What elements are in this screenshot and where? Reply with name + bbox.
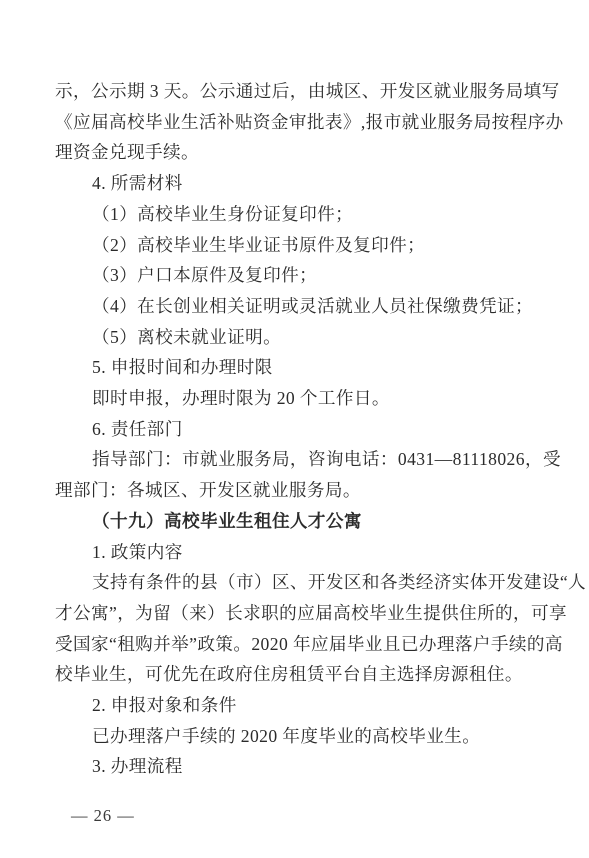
text-line: 3. 办理流程 [55,751,541,782]
text-line: 校毕业生，可优先在政府住房租赁平台自主选择房源租住。 [55,659,541,690]
page-number: — 26 — [71,806,135,825]
text-line: 指导部门：市就业服务局，咨询电话：0431—81118026，受 [55,444,541,475]
text-line: （2）高校毕业生毕业证书原件及复印件； [55,230,541,261]
text-line: 示，公示期 3 天。公示通过后，由城区、开发区就业服务局填写 [55,76,541,107]
text-line: （1）高校毕业生身份证复印件； [55,199,541,230]
text-line: 《应届高校毕业生活补贴资金审批表》,报市就业服务局按程序办 [55,107,541,138]
section-heading: （十九）高校毕业生租住人才公寓 [55,506,541,537]
text-line: 已办理落户手续的 2020 年度毕业的高校毕业生。 [55,721,541,752]
text-line: 即时申报，办理时限为 20 个工作日。 [55,383,541,414]
text-line: 受国家“租购并举”政策。2020 年应届毕业且已办理落户手续的高 [55,629,541,660]
text-line: 1. 政策内容 [55,537,541,568]
text-line: （5）离校未就业证明。 [55,322,541,353]
document-body: 示，公示期 3 天。公示通过后，由城区、开发区就业服务局填写《应届高校毕业生活补… [55,76,541,782]
document-page: 示，公示期 3 天。公示通过后，由城区、开发区就业服务局填写《应届高校毕业生活补… [0,0,589,858]
text-line: 6. 责任部门 [55,414,541,445]
text-line: 支持有条件的县（市）区、开发区和各类经济实体开发建设“人 [55,567,541,598]
text-line: 4. 所需材料 [55,168,541,199]
text-line: 5. 申报时间和办理时限 [55,352,541,383]
text-line: 2. 申报对象和条件 [55,690,541,721]
text-line: 才公寓”，为留（来）长求职的应届高校毕业生提供住所的，可享 [55,598,541,629]
text-line: （4）在长创业相关证明或灵活就业人员社保缴费凭证； [55,291,541,322]
page-footer: — 26 — [71,804,135,828]
text-line: （3）户口本原件及复印件； [55,260,541,291]
text-line: 理部门：各城区、开发区就业服务局。 [55,475,541,506]
text-line: 理资金兑现手续。 [55,137,541,168]
